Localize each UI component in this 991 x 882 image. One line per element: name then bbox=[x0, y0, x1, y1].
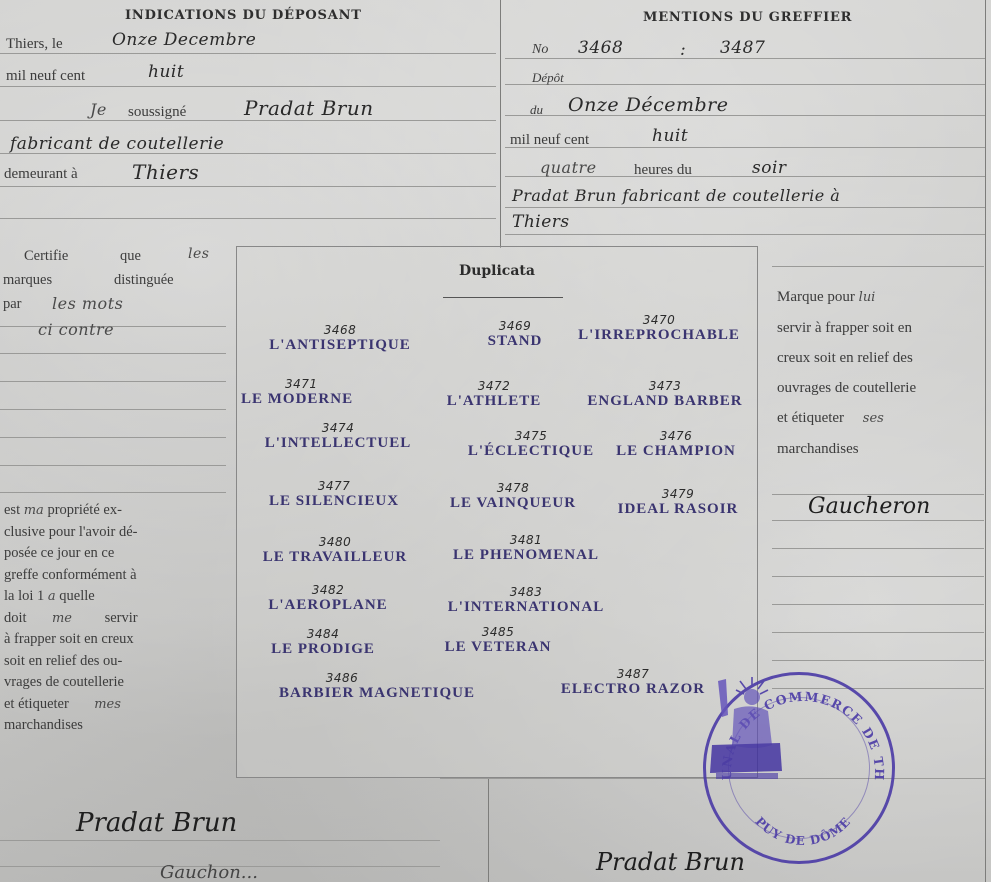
number-label: No bbox=[532, 42, 548, 58]
rule bbox=[772, 548, 984, 549]
mark-3484: 3484 LE PRODIGE bbox=[253, 627, 393, 658]
mark-purpose-line: Marque pour lui bbox=[777, 282, 987, 313]
mark-purpose-line: servir à frapper soit en bbox=[777, 313, 987, 343]
column-divider-left bbox=[500, 0, 501, 248]
year-label: mil neuf cent bbox=[6, 68, 85, 85]
mark-3476: 3476 LE CHAMPION bbox=[601, 429, 751, 460]
depositor-name-handwritten: Pradat Brun bbox=[244, 96, 374, 120]
mark-purpose-block: Marque pour lui servir à frapper soit en… bbox=[777, 282, 987, 464]
column-divider-bottom bbox=[488, 778, 489, 882]
mark-3482: 3482 L'AEROPLANE bbox=[253, 583, 403, 614]
rule bbox=[0, 218, 496, 219]
mark-3474: 3474 L'INTELLECTUEL bbox=[253, 421, 423, 452]
duplicata-title: Duplicata bbox=[237, 263, 757, 279]
rule bbox=[0, 353, 226, 354]
hour-handwritten: quatre bbox=[540, 158, 597, 177]
seal-liberty-figure-icon bbox=[706, 675, 786, 785]
mark-3478: 3478 LE VAINQUEUR bbox=[433, 481, 593, 512]
rule bbox=[0, 465, 226, 466]
mark-3471: 3471 LE MODERNE bbox=[241, 377, 381, 408]
mark-3487: 3487 ELECTRO RAZOR bbox=[543, 667, 723, 698]
right-year-handwritten: huit bbox=[652, 126, 688, 146]
place-label: Thiers, le bbox=[6, 36, 63, 53]
mark-purpose-line: marchandises bbox=[777, 434, 987, 464]
mark-3475: 3475 L'ÉCLECTIQUE bbox=[451, 429, 611, 460]
mark-3469: 3469 STAND bbox=[475, 319, 555, 350]
rule bbox=[505, 58, 985, 59]
mark-3472: 3472 L'ATHLETE bbox=[435, 379, 553, 410]
mark-3479: 3479 IDEAL RASOIR bbox=[603, 487, 753, 518]
tribunal-seal-stamp: TRIBUNAL DE COMMERCE DE THIERS ( PUY DE … bbox=[703, 672, 895, 864]
ci-contre-handwritten: ci contre bbox=[38, 320, 114, 339]
du-label: du bbox=[530, 102, 543, 118]
rule bbox=[0, 53, 496, 54]
declaration-line: marchandises bbox=[4, 715, 224, 737]
number-separator: : bbox=[680, 40, 686, 60]
depot-label: Dépôt bbox=[532, 70, 564, 86]
number-to-handwritten: 3487 bbox=[720, 38, 765, 58]
rule bbox=[505, 207, 985, 208]
soussigne-prefix-handwritten: Je bbox=[90, 100, 107, 119]
rule bbox=[0, 120, 496, 121]
mark-3485: 3485 LE VETERAN bbox=[433, 625, 563, 656]
rule bbox=[505, 234, 985, 235]
right-depositor-line1: Pradat Brun fabricant de coutellerie à bbox=[512, 186, 840, 205]
rule bbox=[0, 492, 226, 493]
period-handwritten: soir bbox=[752, 158, 787, 178]
right-depositor-line2: Thiers bbox=[512, 212, 570, 232]
distinguee-label: distinguée bbox=[114, 272, 174, 289]
rule bbox=[772, 520, 984, 521]
depot-date-handwritten: Onze Décembre bbox=[568, 94, 728, 116]
residence-label: demeurant à bbox=[4, 166, 78, 183]
declaration-line: et étiqueter mes bbox=[4, 694, 224, 716]
duplicata-rule bbox=[443, 297, 563, 298]
mark-3480: 3480 LE TRAVAILLEUR bbox=[245, 535, 425, 566]
clerk-signature: Gaucheron bbox=[808, 494, 930, 519]
declaration-line: la loi 1 a quelle bbox=[4, 586, 224, 608]
certify-que: que bbox=[120, 248, 141, 265]
rule bbox=[772, 266, 984, 267]
rule bbox=[0, 840, 440, 841]
soussigne-label: soussigné bbox=[128, 104, 186, 121]
depositor-signature-below-partial: Gauchon... bbox=[160, 862, 258, 882]
hour-label: heures du bbox=[634, 162, 692, 179]
mark-3473: 3473 ENGLAND BARBER bbox=[571, 379, 759, 410]
mark-purpose-line: et étiqueter ses bbox=[777, 403, 987, 434]
right-year-label: mil neuf cent bbox=[510, 132, 589, 149]
declaration-line: vrages de coutellerie bbox=[4, 672, 224, 694]
declaration-line: soit en relief des ou- bbox=[4, 651, 224, 673]
mark-3481: 3481 LE PHENOMENAL bbox=[441, 533, 611, 564]
par-mots-handwritten: les mots bbox=[52, 294, 123, 313]
rule bbox=[0, 437, 226, 438]
declaration-line: est ma propriété ex- bbox=[4, 500, 224, 522]
mark-3477: 3477 LE SILENCIEUX bbox=[249, 479, 419, 510]
rule bbox=[772, 660, 984, 661]
depositor-signature: Pradat Brun bbox=[76, 808, 237, 838]
mark-3486: 3486 BARBIER MAGNETIQUE bbox=[257, 671, 497, 702]
rule bbox=[772, 576, 984, 577]
residence-handwritten: Thiers bbox=[132, 160, 199, 184]
par-label: par bbox=[3, 296, 22, 313]
mark-3483: 3483 L'INTERNATIONAL bbox=[431, 585, 621, 616]
rule bbox=[0, 381, 226, 382]
left-column-title: INDICATIONS DU DÉPOSANT bbox=[125, 8, 362, 23]
mark-3468: 3468 L'ANTISEPTIQUE bbox=[245, 323, 435, 354]
rule bbox=[505, 84, 985, 85]
declaration-line: doit me servir bbox=[4, 608, 224, 630]
number-from-handwritten: 3468 bbox=[578, 38, 623, 58]
right-column-title: MENTIONS DU GREFFIER bbox=[643, 10, 852, 25]
certify-les-handwritten: les bbox=[188, 246, 209, 262]
mark-purpose-line: ouvrages de coutellerie bbox=[777, 373, 987, 403]
year-handwritten: huit bbox=[148, 62, 184, 82]
declaration-line: greffe conformément à bbox=[4, 565, 224, 587]
place-date-handwritten: Onze Decembre bbox=[112, 30, 256, 50]
declaration-line: à frapper soit en creux bbox=[4, 629, 224, 651]
mark-purpose-line: creux soit en relief des bbox=[777, 343, 987, 373]
mark-3470: 3470 L'IRREPROCHABLE bbox=[559, 313, 759, 344]
rule bbox=[0, 409, 226, 410]
declaration-block: est ma propriété ex- clusive pour l'avoi… bbox=[4, 500, 224, 737]
declaration-line: clusive pour l'avoir dé- bbox=[4, 522, 224, 544]
rule bbox=[772, 632, 984, 633]
declaration-line: posée ce jour en ce bbox=[4, 543, 224, 565]
rule bbox=[772, 604, 984, 605]
rule bbox=[0, 186, 496, 187]
certify-label: Certifie bbox=[24, 248, 68, 265]
rule bbox=[0, 86, 496, 87]
marques-label: marques bbox=[3, 272, 52, 289]
duplicata-box: Duplicata 3468 L'ANTISEPTIQUE 3469 STAND… bbox=[236, 246, 758, 778]
profession-handwritten: fabricant de coutellerie bbox=[10, 134, 224, 154]
